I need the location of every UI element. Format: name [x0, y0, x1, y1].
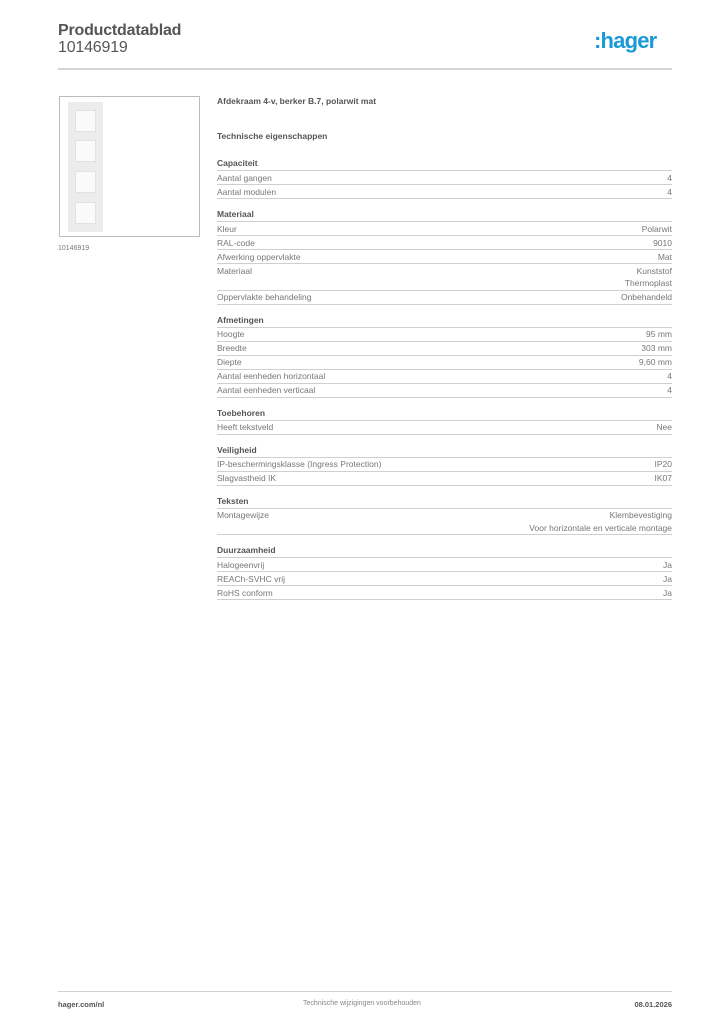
spec-value: 4 [667, 384, 672, 397]
spec-sections: CapaciteitAantal gangen4Aantal modulen4M… [217, 158, 672, 600]
spec-value: Onbehandeld [621, 291, 672, 304]
spec-section: MateriaalKleurPolarwitRAL-code9010Afwerk… [217, 209, 672, 305]
product-name: Afdekraam 4-v, berker B.7, polarwit mat [217, 95, 672, 107]
frame-slot [75, 110, 96, 132]
spec-value: 4 [667, 186, 672, 199]
spec-label: Aantal gangen [217, 172, 272, 185]
spec-value: 9010 [653, 237, 672, 250]
spec-row: MateriaalKunststofThermoplast [217, 264, 672, 291]
section-title: Teksten [217, 496, 672, 509]
doc-title: Productdatablad [58, 22, 181, 40]
spec-value-line: 4 [667, 172, 672, 185]
spec-value: 95 mm [646, 328, 672, 341]
spec-row: Aantal gangen4 [217, 171, 672, 185]
spec-value-line: Voor horizontale en verticale montage [529, 522, 672, 535]
section-title: Toebehoren [217, 408, 672, 421]
spec-label: Slagvastheid IK [217, 472, 276, 485]
product-image [59, 96, 200, 237]
section-title: Veiligheid [217, 445, 672, 458]
spec-value: Ja [663, 559, 672, 572]
product-number: 10146919 [58, 39, 128, 57]
spec-row: RoHS conformJa [217, 586, 672, 600]
spec-value-line: Onbehandeld [621, 291, 672, 304]
spec-value: KlembevestigingVoor horizontale en verti… [529, 509, 672, 534]
spec-row: Hoogte95 mm [217, 328, 672, 342]
spec-value: 303 mm [641, 342, 672, 355]
spec-value: Mat [658, 251, 672, 264]
spec-section: TekstenMontagewijzeKlembevestigingVoor h… [217, 496, 672, 536]
spec-row: MontagewijzeKlembevestigingVoor horizont… [217, 509, 672, 536]
frame-slot [75, 140, 96, 162]
hager-logo: :hager [594, 28, 656, 54]
spec-label: RAL-code [217, 237, 255, 250]
spec-value-line: IK07 [655, 472, 673, 485]
spec-value-line: Ja [663, 559, 672, 572]
spec-section: AfmetingenHoogte95 mmBreedte303 mmDiepte… [217, 315, 672, 398]
spec-value-line: Polarwit [642, 223, 672, 236]
spec-value-line: Ja [663, 573, 672, 586]
spec-label: Montagewijze [217, 509, 269, 534]
footer-divider [58, 991, 672, 992]
section-title: Duurzaamheid [217, 545, 672, 558]
section-title: Capaciteit [217, 158, 672, 171]
spec-row: Oppervlakte behandelingOnbehandeld [217, 291, 672, 305]
spec-row: Aantal modulen4 [217, 185, 672, 199]
spec-row: KleurPolarwit [217, 222, 672, 236]
spec-value-line: Nee [656, 421, 672, 434]
spec-row: Breedte303 mm [217, 342, 672, 356]
spec-label: Afwerking oppervlakte [217, 251, 301, 264]
spec-label: Aantal eenheden horizontaal [217, 370, 325, 383]
spec-section: CapaciteitAantal gangen4Aantal modulen4 [217, 158, 672, 199]
spec-value-line: IP20 [655, 458, 673, 471]
spec-value-line: 9010 [653, 237, 672, 250]
spec-label: Breedte [217, 342, 247, 355]
spec-label: Aantal modulen [217, 186, 276, 199]
spec-value-line: 4 [667, 370, 672, 383]
header-divider [58, 68, 672, 70]
spec-value-line: 95 mm [646, 328, 672, 341]
spec-label: Heeft tekstveld [217, 421, 273, 434]
spec-value-line: 4 [667, 384, 672, 397]
technical-heading: Technische eigenschappen [217, 130, 672, 142]
spec-row: Aantal eenheden verticaal4 [217, 384, 672, 398]
spec-row: Afwerking oppervlakteMat [217, 250, 672, 264]
spec-row: Heeft tekstveldNee [217, 421, 672, 435]
spec-section: DuurzaamheidHalogeenvrijJaREACh-SVHC vri… [217, 545, 672, 600]
spec-row: Slagvastheid IKIK07 [217, 472, 672, 486]
spec-value-line: Kunststof [625, 265, 672, 278]
spec-row: Aantal eenheden horizontaal4 [217, 370, 672, 384]
spec-value: Polarwit [642, 223, 672, 236]
spec-label: Aantal eenheden verticaal [217, 384, 315, 397]
spec-value: KunststofThermoplast [625, 265, 672, 290]
spec-value: Nee [656, 421, 672, 434]
spec-value: IK07 [655, 472, 673, 485]
spec-label: RoHS conform [217, 587, 273, 600]
spec-label: Halogeenvrij [217, 559, 264, 572]
spec-label: REACh-SVHC vrij [217, 573, 285, 586]
spec-label: Hoogte [217, 328, 244, 341]
section-title: Materiaal [217, 209, 672, 222]
footer-date: 08.01.2026 [634, 1000, 672, 1009]
spec-value: 4 [667, 370, 672, 383]
spec-section: VeiligheidIP-beschermingsklasse (Ingress… [217, 445, 672, 486]
image-caption: 10146919 [58, 245, 89, 252]
spec-value-line: Klembevestiging [529, 509, 672, 522]
section-title: Afmetingen [217, 315, 672, 328]
spec-label: Oppervlakte behandeling [217, 291, 312, 304]
spec-section: ToebehorenHeeft tekstveldNee [217, 408, 672, 435]
frame-slot [75, 202, 96, 224]
spec-row: IP-beschermingsklasse (Ingress Protectio… [217, 458, 672, 472]
spec-label: Kleur [217, 223, 237, 236]
spec-value: Ja [663, 587, 672, 600]
spec-value: 4 [667, 172, 672, 185]
spec-label: Diepte [217, 356, 242, 369]
spec-row: RAL-code9010 [217, 236, 672, 250]
spec-row: HalogeenvrijJa [217, 558, 672, 572]
cover-frame-graphic [68, 102, 103, 232]
footer-disclaimer: Technische wijzigingen voorbehouden [0, 1000, 724, 1007]
spec-value: 9,60 mm [639, 356, 672, 369]
spec-row: REACh-SVHC vrijJa [217, 572, 672, 586]
spec-label: Materiaal [217, 265, 252, 290]
spec-value-line: Thermoplast [625, 277, 672, 290]
spec-value-line: Mat [658, 251, 672, 264]
spec-value-line: 9,60 mm [639, 356, 672, 369]
spec-value: Ja [663, 573, 672, 586]
spec-content: Afdekraam 4-v, berker B.7, polarwit mat … [217, 95, 672, 600]
spec-value-line: 303 mm [641, 342, 672, 355]
spec-row: Diepte9,60 mm [217, 356, 672, 370]
spec-value-line: 4 [667, 186, 672, 199]
frame-slot [75, 171, 96, 193]
spec-value-line: Ja [663, 587, 672, 600]
spec-label: IP-beschermingsklasse (Ingress Protectio… [217, 458, 381, 471]
spec-value: IP20 [655, 458, 673, 471]
